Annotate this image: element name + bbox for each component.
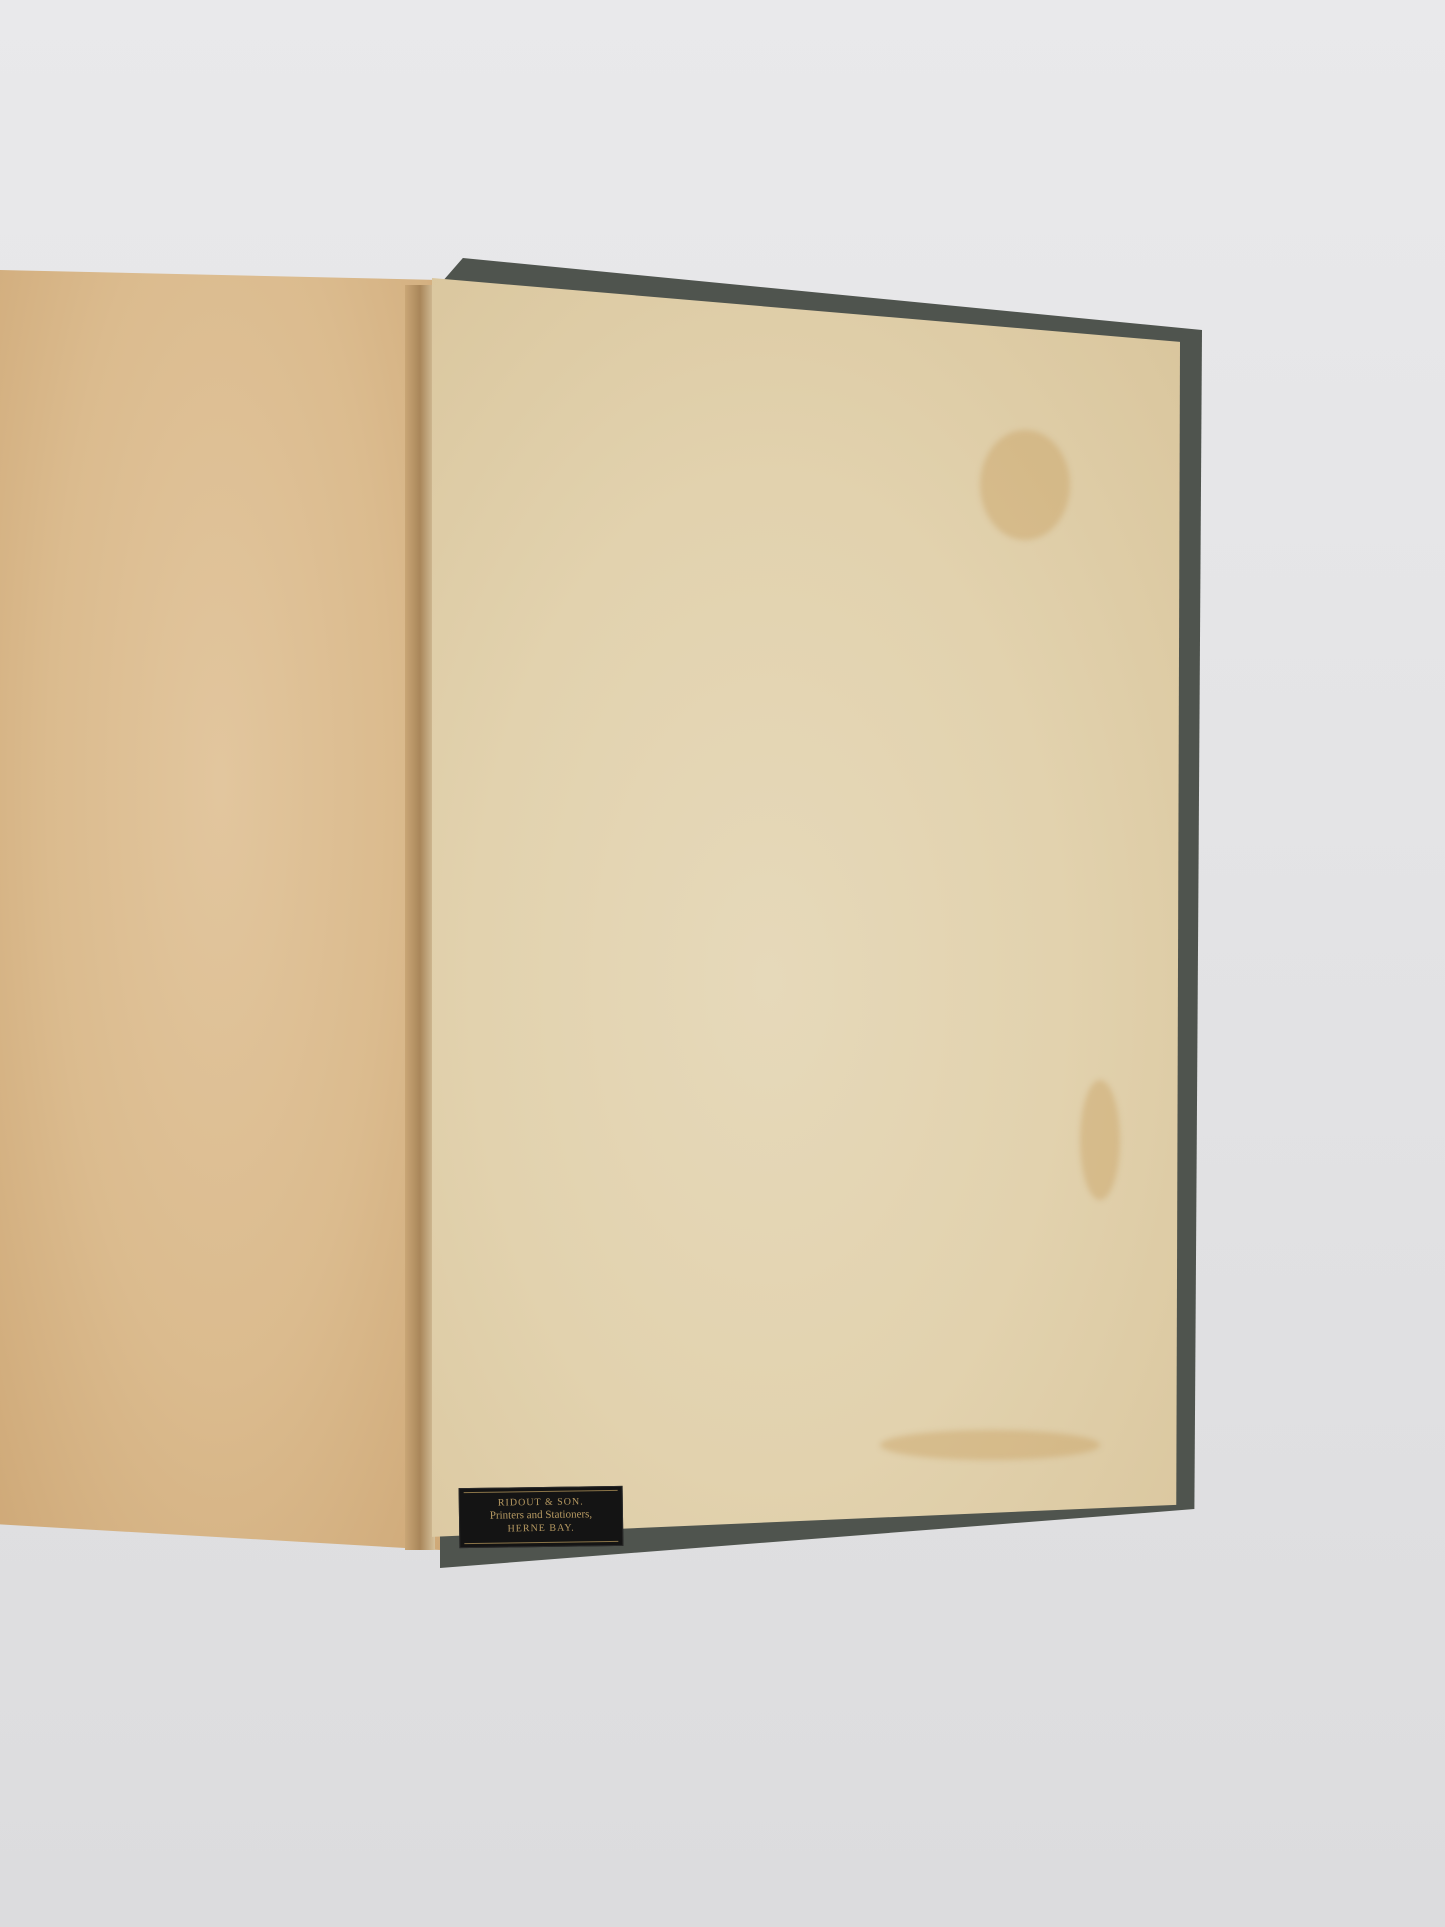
foxing-stain (880, 1430, 1100, 1460)
label-line-3: HERNE BAY. (460, 1521, 622, 1536)
left-page (0, 270, 440, 1550)
binder-label: RIDOUT & SON. Printers and Stationers, H… (459, 1486, 624, 1548)
book-gutter (405, 285, 435, 1550)
foxing-stain (1080, 1080, 1120, 1200)
foxing-stain (980, 430, 1070, 540)
